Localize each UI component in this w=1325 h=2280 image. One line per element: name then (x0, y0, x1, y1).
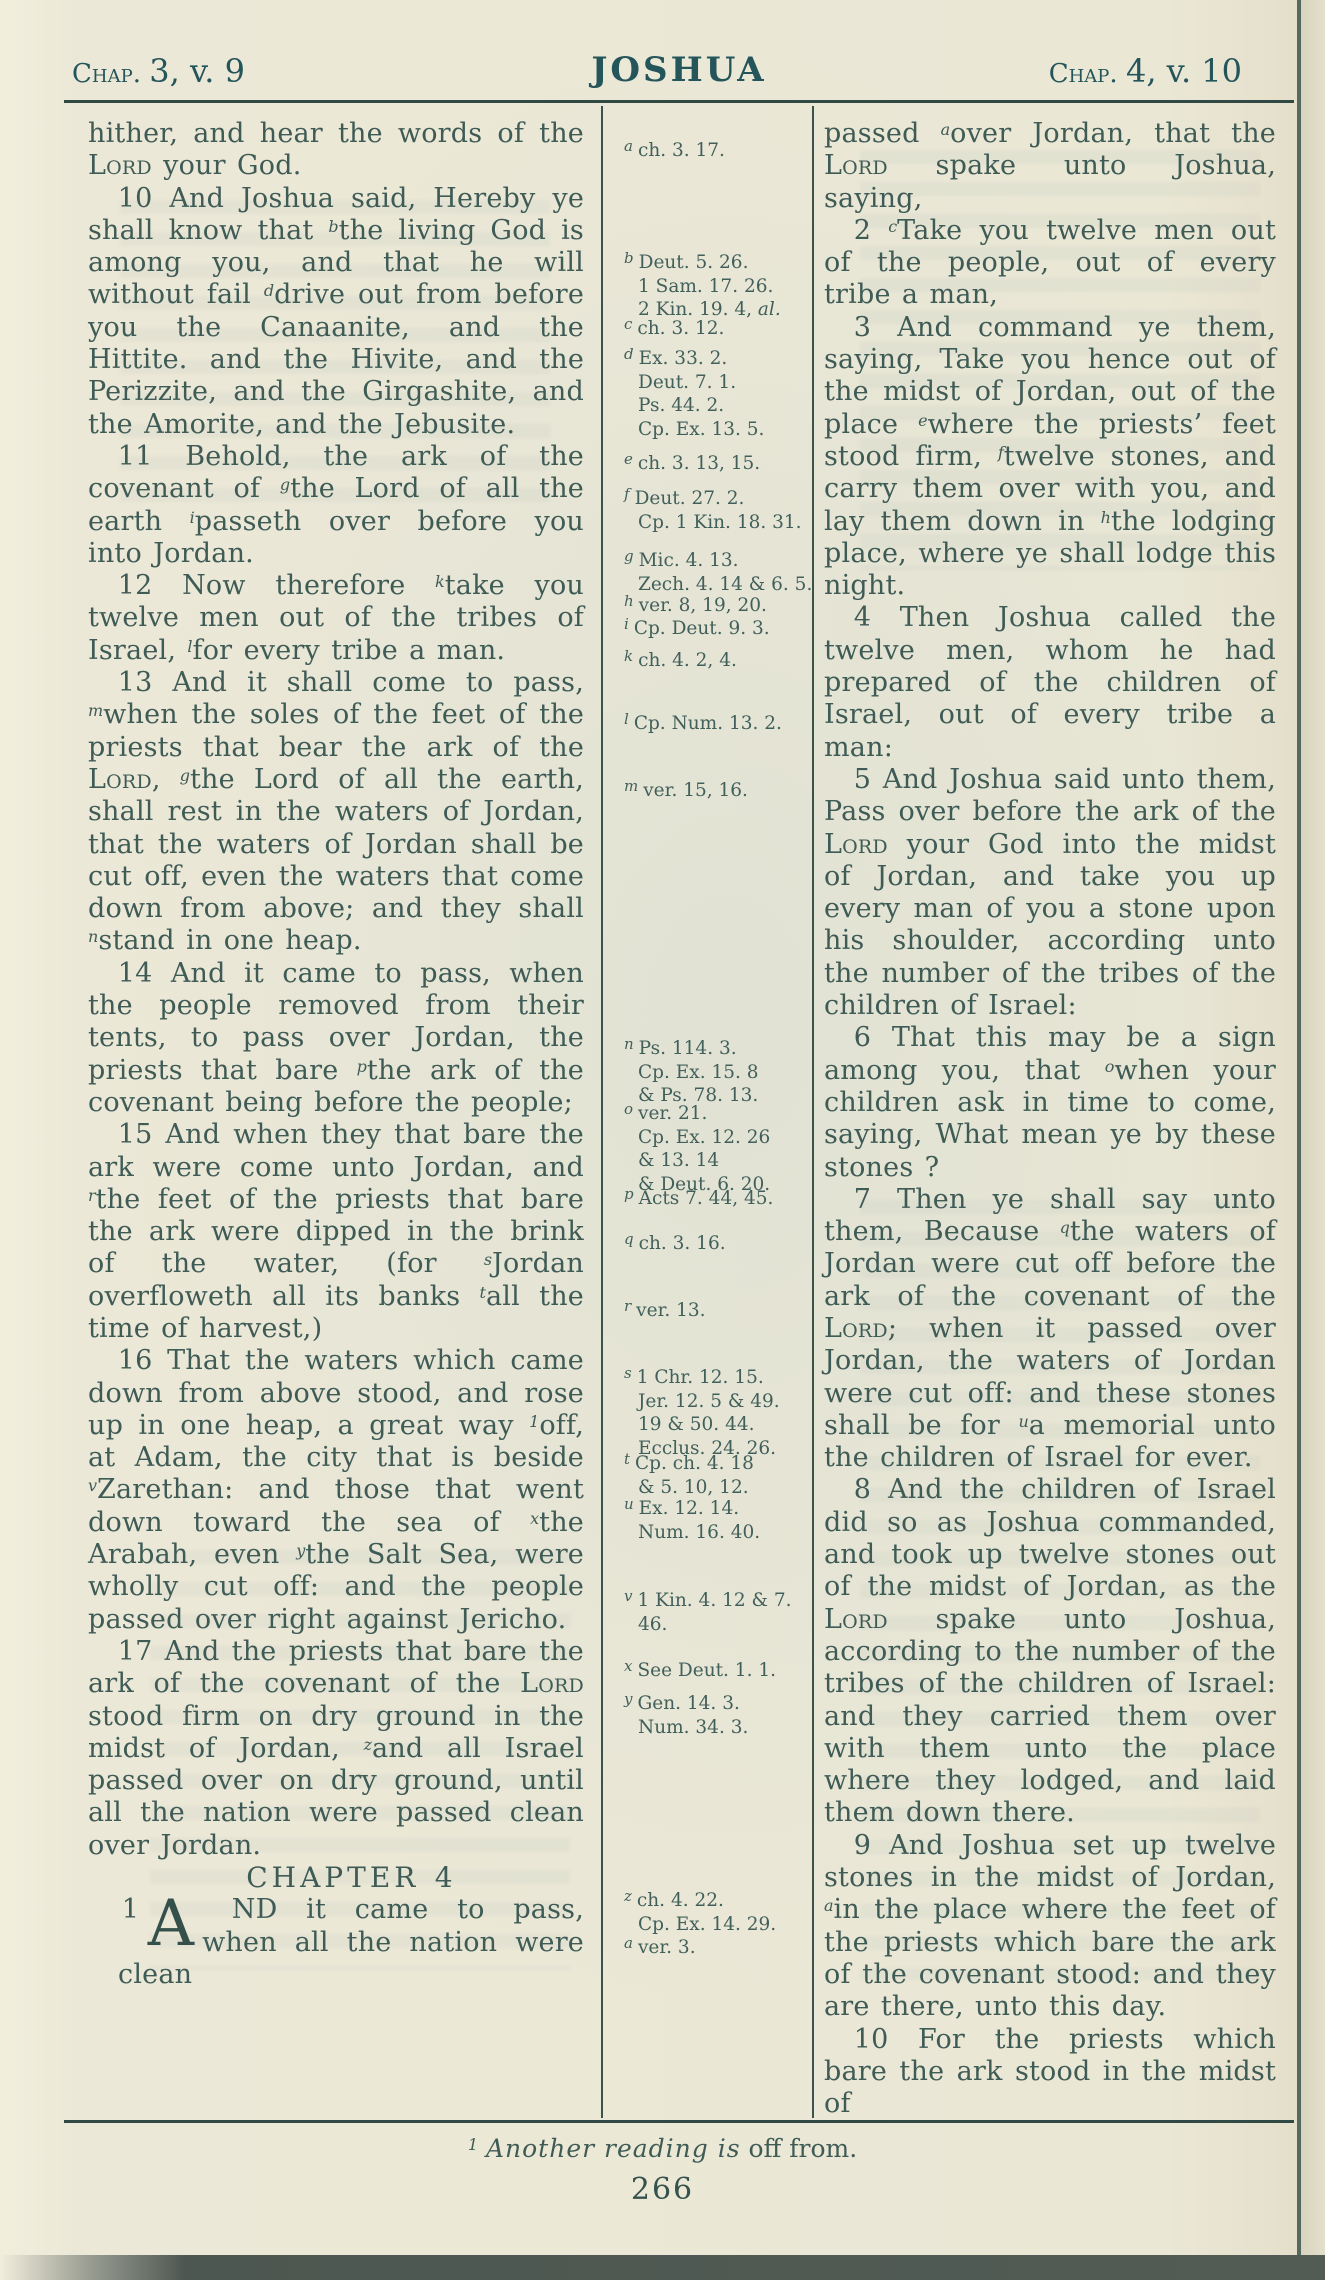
ref-letter: o (624, 1100, 638, 1118)
ref-text: Ex. 33. 2.Deut. 7. 1.Ps. 44. 2.Cp. Ex. 1… (638, 348, 764, 440)
cross-reference-entry: rver. 13. (612, 1295, 828, 1323)
verse-paragraph: 11 Behold, the ark of the covenant of gt… (88, 441, 584, 570)
ref-text: 1 Kin. 4. 12 & 7.46. (637, 1590, 791, 1635)
footnote-marker: 1 (468, 2135, 478, 2154)
ref-letter: i (624, 615, 634, 633)
ref-text: Cp. Deut. 9. 3. (634, 618, 770, 639)
cross-reference-entry: fDeut. 27. 2.Cp. 1 Kin. 18. 31. (612, 483, 828, 534)
cross-reference-entry: yGen. 14. 3.Num. 34. 3. (612, 1688, 828, 1739)
ref-text: See Deut. 1. 1. (637, 1660, 776, 1681)
ref-letter: l (624, 710, 634, 728)
verse-paragraph: passed aover Jordan, that the Lord spake… (824, 118, 1276, 215)
cross-reference-entry: lCp. Num. 13. 2. (612, 708, 828, 736)
ref-letter: u (624, 1495, 639, 1513)
verse-paragraph-dropcap: 1 A ND it came to pass, when all the nat… (88, 1894, 584, 1991)
cross-reference-column: ach. 3. 17. bDeut. 5. 26.1 Sam. 17. 26.2… (612, 110, 810, 2118)
ref-text: ver. 13. (636, 1300, 705, 1321)
chap-label: Chap. (1049, 59, 1118, 89)
verse-number: 1 (92, 1894, 139, 1926)
header-rule (64, 100, 1294, 103)
ref-text: ch. 4. 2, 4. (638, 650, 737, 671)
verse-paragraph: 10 And Joshua said, Hereby ye shall know… (88, 183, 584, 441)
right-text-column: passed aover Jordan, that the Lord spake… (824, 118, 1276, 2120)
verse-paragraph: 8 And the children of Israel did so as J… (824, 1474, 1276, 1829)
page-edge-margin (1301, 0, 1325, 2280)
cross-reference-entry: zch. 4. 22.Cp. Ex. 14. 29. (612, 1885, 828, 1936)
ref-text: 1 Chr. 12. 15.Jer. 12. 5 & 49.19 & 50. 4… (637, 1367, 780, 1459)
verse-paragraph: 6 That this may be a sign among you, tha… (824, 1022, 1276, 1183)
cross-reference-entry: nPs. 114. 3.Cp. Ex. 15. 8& Ps. 78. 13. (612, 1033, 828, 1108)
ref-letter: e (624, 450, 638, 468)
ref-letter: z (624, 1887, 637, 1905)
cross-reference-entry: v1 Kin. 4. 12 & 7.46. (612, 1585, 828, 1636)
left-text-column: hither, and hear the words of the Lord y… (88, 118, 584, 1991)
ref-text: Ex. 12. 14.Num. 16. 40. (638, 1498, 760, 1543)
verse-paragraph: 15 And when they that bare the ark were … (88, 1119, 584, 1345)
cross-reference-entry: mver. 15, 16. (612, 775, 828, 803)
verse-paragraph: 4 Then Joshua called the twelve men, who… (824, 602, 1276, 763)
ref-letter: c (624, 315, 637, 333)
ref-text: Gen. 14. 3.Num. 34. 3. (637, 1693, 748, 1738)
ref-letter: s (624, 1364, 637, 1382)
cross-reference-entry: gMic. 4. 13.Zech. 4. 14 & 6. 5. (612, 545, 828, 596)
running-header: Chap. 3, v. 9 JOSHUA Chap. 4, v. 10 (64, 52, 1294, 98)
cross-reference-entry: over. 21.Cp. Ex. 12. 26& 13. 14& Deut. 6… (612, 1098, 828, 1196)
cross-reference-entry: xSee Deut. 1. 1. (612, 1655, 828, 1683)
footnote-roman-text: off from. (749, 2134, 858, 2163)
ref-letter: n (624, 1035, 639, 1053)
verse-paragraph: hither, and hear the words of the Lord y… (88, 118, 584, 183)
scanned-bible-page: Chap. 3, v. 9 JOSHUA Chap. 4, v. 10 hith… (0, 0, 1325, 2280)
ref-text: ch. 3. 16. (639, 1233, 726, 1254)
cross-reference-entry: ech. 3. 13, 15. (612, 448, 828, 476)
verse-paragraph: 12 Now therefore ktake you twelve men ou… (88, 570, 584, 667)
column-divider-left (601, 106, 603, 2118)
cross-reference-entry: pActs 7. 44, 45. (612, 1183, 828, 1211)
cross-reference-entry: aver. 3. (612, 1932, 828, 1960)
cross-reference-entry: cch. 3. 12. (612, 313, 828, 341)
ref-letter: m (624, 777, 643, 795)
ref-letter: q (624, 1230, 639, 1248)
cross-reference-entry: iCp. Deut. 9. 3. (612, 613, 828, 641)
footnote-italic-text: Another reading is (486, 2134, 741, 2163)
ref-letter: d (624, 345, 639, 363)
cross-reference-entry: qch. 3. 16. (612, 1228, 828, 1256)
footnote-rule (64, 2120, 1294, 2123)
ref-text: ch. 4. 22.Cp. Ex. 14. 29. (637, 1890, 776, 1935)
verse-paragraph: 7 Then ye shall say unto them, Because q… (824, 1184, 1276, 1475)
footnote: 1 Another reading is off from. (0, 2134, 1325, 2163)
ref-letter: p (624, 1185, 639, 1203)
ref-text: ch. 3. 17. (638, 140, 725, 161)
verse-paragraph: 10 For the priests which bare the ark st… (824, 2024, 1276, 2121)
verse-paragraph: 9 And Joshua set up twelve stones in the… (824, 1830, 1276, 2024)
ref-letter: a (624, 137, 638, 155)
photo-edge-shadow (0, 2255, 1325, 2280)
verse-paragraph: 16 That the waters which came down from … (88, 1345, 584, 1636)
cross-reference-entry: uEx. 12. 14.Num. 16. 40. (612, 1493, 828, 1544)
page-number: 266 (0, 2172, 1325, 2207)
verse-paragraph: 13 And it shall come to pass, mwhen the … (88, 667, 584, 958)
chap-verse-ref: 4, v. 10 (1126, 52, 1242, 90)
verse-paragraph: 5 And Joshua said unto them, Pass over b… (824, 764, 1276, 1022)
cross-reference-entry: ach. 3. 17. (612, 135, 828, 163)
ref-letter: t (624, 1450, 635, 1468)
ref-letter: v (624, 1587, 637, 1605)
ref-text: ch. 3. 12. (637, 318, 724, 339)
ref-text: Mic. 4. 13.Zech. 4. 14 & 6. 5. (638, 550, 812, 595)
ref-letter: h (624, 592, 639, 610)
ref-text: ver. 3. (638, 1937, 696, 1958)
ref-letter: f (624, 485, 635, 503)
cross-reference-entry: kch. 4. 2, 4. (612, 645, 828, 673)
header-right-chapter-ref: Chap. 4, v. 10 (1049, 52, 1242, 90)
ref-letter: k (624, 647, 638, 665)
ref-letter: r (624, 1297, 636, 1315)
verse-paragraph: 14 And it came to pass, when the people … (88, 958, 584, 1119)
cross-reference-entry: bDeut. 5. 26.1 Sam. 17. 26.2 Kin. 19. 4,… (612, 247, 828, 322)
ref-text: Ps. 114. 3.Cp. Ex. 15. 8& Ps. 78. 13. (638, 1038, 759, 1106)
ref-text: ver. 21.Cp. Ex. 12. 26& 13. 14& Deut. 6.… (638, 1103, 770, 1195)
cross-reference-entry: dEx. 33. 2.Deut. 7. 1.Ps. 44. 2.Cp. Ex. … (612, 343, 828, 441)
verse-paragraph: 2 cTake you twelve men out of the people… (824, 215, 1276, 312)
ref-text: ch. 3. 13, 15. (638, 453, 760, 474)
ref-text: Deut. 27. 2.Cp. 1 Kin. 18. 31. (635, 488, 802, 533)
ref-letter: x (624, 1657, 637, 1675)
ref-text: Acts 7. 44, 45. (639, 1188, 774, 1209)
ref-text: Cp. Num. 13. 2. (634, 713, 782, 734)
ref-text: ver. 15, 16. (643, 780, 748, 801)
verse-paragraph: 17 And the priests that bare the ark of … (88, 1636, 584, 1862)
ref-text: Deut. 5. 26.1 Sam. 17. 26.2 Kin. 19. 4, … (638, 252, 781, 320)
ref-letter: g (624, 547, 639, 565)
verse-paragraph: 3 And command ye them, saying, Take you … (824, 312, 1276, 603)
ref-text: Cp. ch. 4. 18& 5. 10, 12. (635, 1453, 754, 1498)
cross-reference-entry: tCp. ch. 4. 18& 5. 10, 12. (612, 1448, 828, 1499)
ref-letter: b (624, 249, 639, 267)
ref-letter: a (624, 1934, 638, 1952)
ref-letter: y (624, 1690, 637, 1708)
cross-reference-entry: s1 Chr. 12. 15.Jer. 12. 5 & 49.19 & 50. … (612, 1362, 828, 1460)
